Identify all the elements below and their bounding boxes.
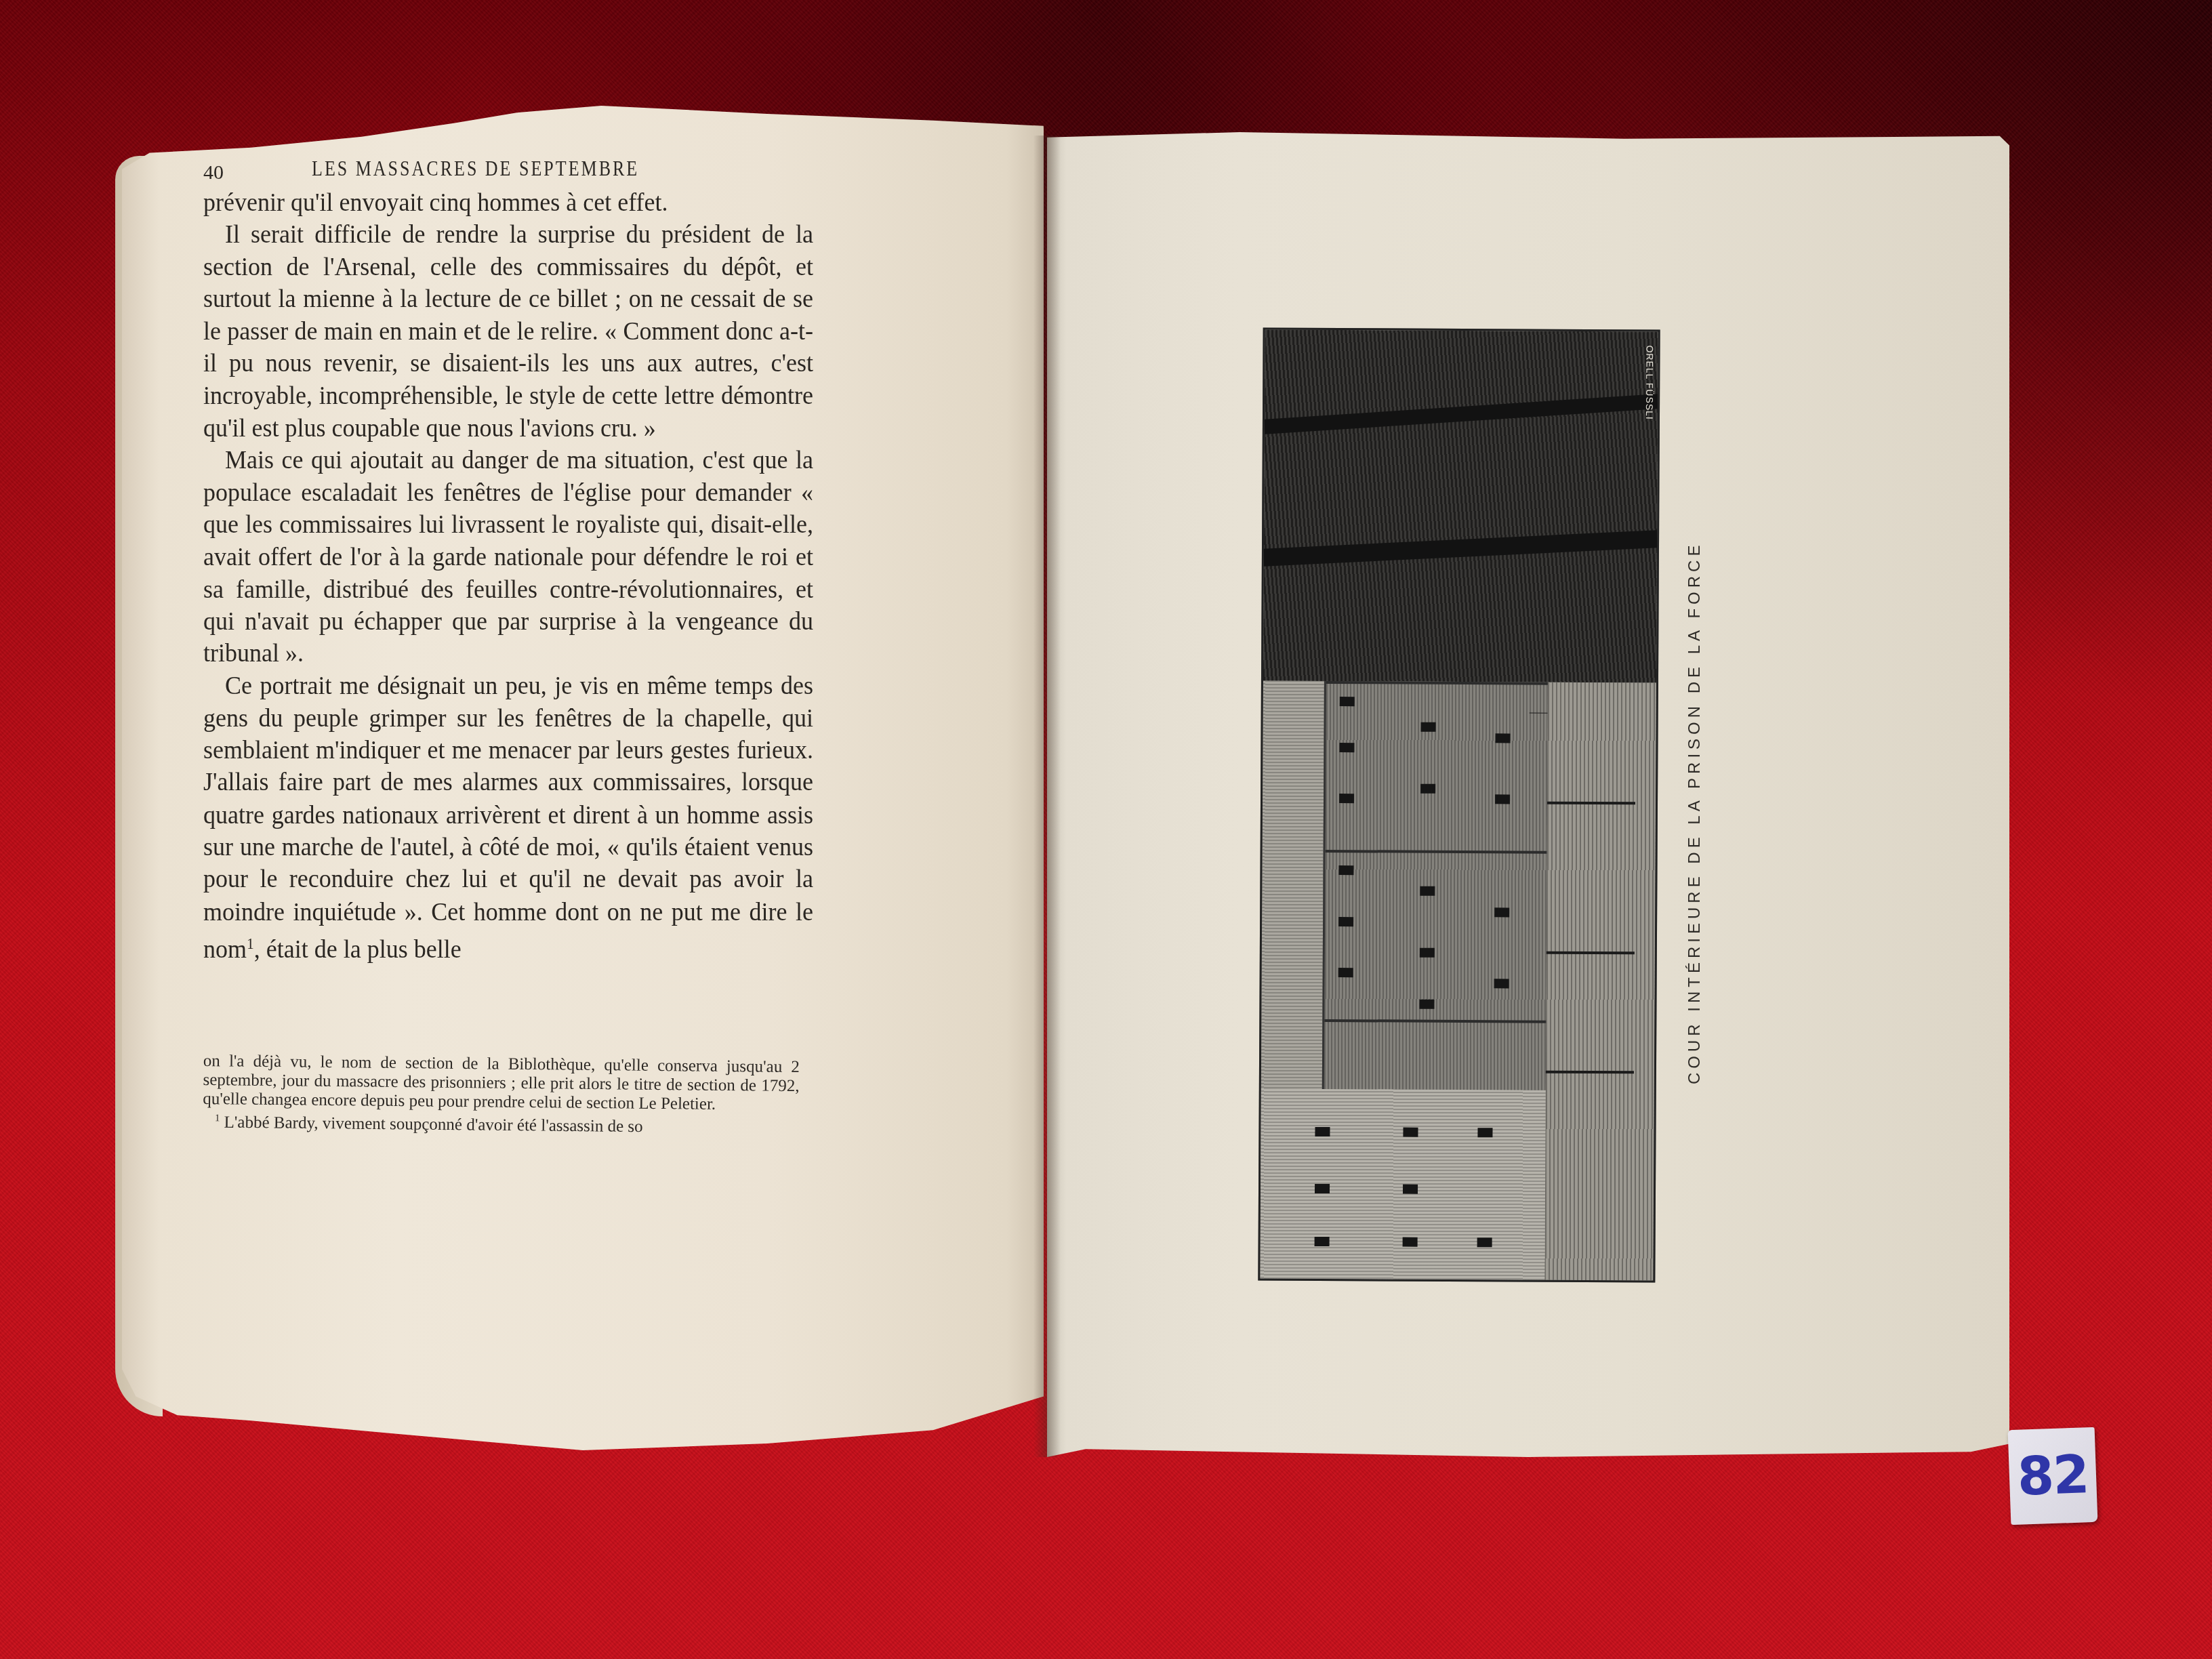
window xyxy=(1420,886,1435,896)
paragraph: Il serait difficile de rendre la surpris… xyxy=(203,219,813,445)
window xyxy=(1315,1184,1330,1193)
engraving-side-building xyxy=(1260,1088,1545,1279)
engraving-courtyard xyxy=(1544,682,1656,1281)
tree-trunk xyxy=(1547,802,1635,805)
window xyxy=(1495,795,1510,804)
floor-line xyxy=(1326,850,1549,854)
window xyxy=(1403,1237,1418,1247)
paragraph: Mais ce qui ajoutait au danger de ma sit… xyxy=(203,444,813,670)
tree-trunk xyxy=(1547,951,1635,955)
tree-trunk xyxy=(1546,1071,1634,1074)
plate-caption: COUR INTÉRIEURE DE LA PRISON DE LA FORCE xyxy=(1685,583,1713,1084)
engraving-tower-wall xyxy=(1263,329,1658,682)
footnote-number: 1 xyxy=(215,1113,220,1124)
paragraph-text-end: , était de la plus belle xyxy=(254,935,462,963)
window xyxy=(1494,907,1509,917)
engraving-plate: ORELL FÜSSLI xyxy=(1258,327,1660,1282)
running-title: LES MASSACRES DE SEPTEMBRE xyxy=(312,156,639,182)
window xyxy=(1340,697,1355,706)
window xyxy=(1477,1238,1492,1248)
window xyxy=(1338,917,1353,926)
body-text: prévenir qu'il envoyait cinq hommes à ce… xyxy=(203,186,813,966)
engraver-signature: ORELL FÜSSLI xyxy=(1644,345,1656,419)
window xyxy=(1403,1185,1418,1194)
window xyxy=(1419,999,1434,1008)
floor-line xyxy=(1324,1019,1548,1023)
page-number: 40 xyxy=(203,161,224,184)
window xyxy=(1315,1237,1330,1246)
window xyxy=(1477,1128,1492,1137)
window xyxy=(1420,784,1435,794)
paragraph-text: Ce portrait me désignait un peu, je vis … xyxy=(203,672,813,964)
window xyxy=(1338,865,1353,875)
footnotes: on l'a déjà vu, le nom de section de la … xyxy=(203,1052,800,1139)
floor-line xyxy=(1326,681,1550,685)
window xyxy=(1403,1128,1418,1137)
window xyxy=(1420,948,1435,958)
window xyxy=(1494,979,1509,989)
footnote-text: L'abbé Bardy, vivement soupçonné d'avoir… xyxy=(224,1113,643,1136)
window xyxy=(1315,1127,1330,1136)
book-gutter xyxy=(1033,136,1061,1457)
footnote-continuation: on l'a déjà vu, le nom de section de la … xyxy=(203,1052,800,1115)
paragraph: Ce portrait me désignait un peu, je vis … xyxy=(203,670,813,965)
window xyxy=(1339,743,1354,752)
footnote-marker: 1 xyxy=(247,935,254,951)
window xyxy=(1495,733,1510,743)
sticker-number: 82 xyxy=(2016,1444,2089,1508)
window xyxy=(1421,722,1436,732)
window xyxy=(1339,794,1354,803)
window xyxy=(1338,968,1353,977)
paragraph-continuation: prévenir qu'il envoyait cinq hommes à ce… xyxy=(203,186,813,219)
inventory-sticker: 82 xyxy=(2008,1427,2098,1525)
